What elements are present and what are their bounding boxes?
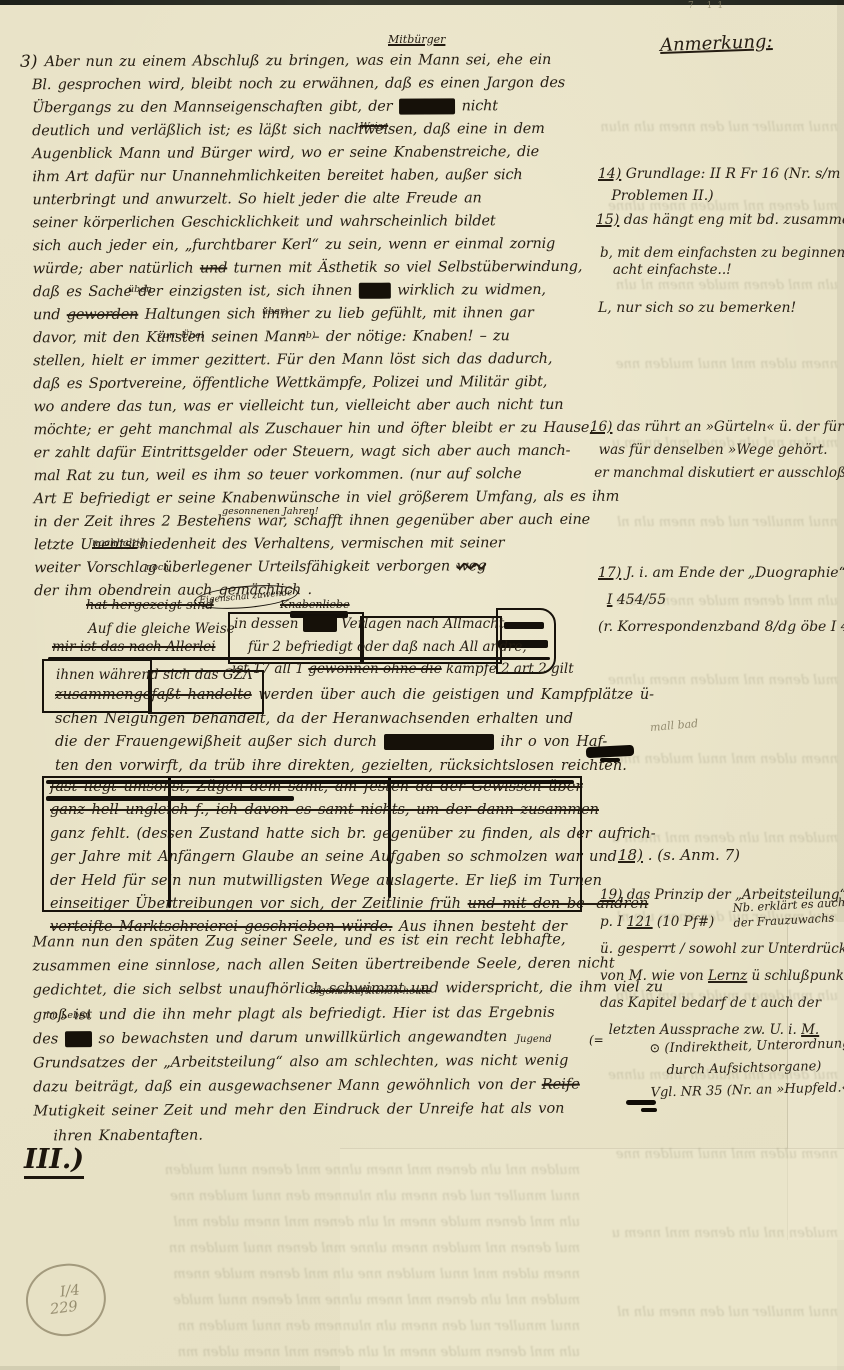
handwritten-line: nnem ulden mnl nnul mulden nne uln mnl d… [70,1262,580,1288]
text-segment: nnul mnuller nul den nnem uln nlunnem de… [170,1189,580,1204]
handwritten-line: die der Frauengewißheit außer sich durch… [55,731,585,755]
handwritten-line: für 2 befriedigt oder daß nach All andre… [248,639,527,655]
handwritten-line: zusammen eine sinnlose, nach allen Seite… [33,952,598,979]
archive-stamp: I/4 229 [22,1259,110,1340]
text-segment: das rührt an »Gürteln« ü. der für ein ü. [612,419,844,435]
handwritten-line: 14) Grundlage: II R Fr 16 (Nr. s/m [598,163,838,185]
handwritten-line: (r. Korrespondenzband 8/dg öbe I 452 ² [598,614,842,641]
text-segment: Art E befriedigt er seine Knabenwünsche … [34,489,619,508]
text-segment: weiter Vorschlag überlegener Urteilsfähi… [34,558,456,576]
page-edge-shadow-bottom [0,1366,844,1370]
text-segment: nnul mnuller nul den nnem uln nl [617,1305,838,1320]
handwritten-line: von M. wie von Lernz ü schlußpunkt [600,963,842,990]
handwritten-fragment: ihnen während sich das GZΛ [56,667,253,683]
handwritten-line: wo andere das tun, was er vielleicht tun… [33,394,598,419]
handwritten-line: unterbringt und anwurzelt. So hielt jede… [32,187,597,212]
text-segment: mul denen nnl mulden nnem ulnne [608,673,838,688]
text-segment: mulden nnl uln denen mnl nnem ulnne mnl … [173,1293,580,1308]
handwritten-fragment: für 2 befriedigt oder daß nach All andre… [248,639,527,655]
text-segment: zusammen eine sinnlose, nach allen Seite… [33,956,615,975]
main-text-block-4: Mann nun den späten Zug seiner Seele, un… [32,928,598,1149]
text-segment: würde; aber natürlich [33,261,200,278]
text-segment: nnul mnuller nul den nnem uln nlun [600,120,838,135]
text-segment: wirklich zu widmen, [391,282,546,299]
handwritten-line: Auf die gleiche Weise [88,621,235,637]
ink-dash [641,1108,657,1112]
text-segment: die der Frauengewißheit außer sich durch [55,734,384,750]
handwritten-line: daß es Sportvereine, öffentliche Wettkäm… [33,371,598,396]
text-segment: sich auch jeder ein, „furchtbarer Kerl“ … [33,236,556,254]
handwritten-fragment: Auf die gleiche Weise [88,621,235,637]
text-segment: uln mnl denen mulde nnem nl uln [616,278,838,293]
text-segment: acht einfachste..! [600,262,732,278]
text-segment: J. i. am Ende der „Duographie“ [621,565,844,581]
text-segment: das Kapitel bedarf de t auch der [600,995,821,1011]
interlinear-insert: eigenschaftlichen heute [310,986,431,997]
handwritten-line: b, mit dem einfachsten zu beginnen, [600,245,840,262]
handwritten-line: Problemen II.) [598,185,838,207]
handwritten-line: Mutigkeit seiner Zeit und mehr den Eindr… [33,1097,598,1124]
text-segment: was für denselben »Wege gehört. [590,442,828,458]
handwritten-line: 16) das rührt an »Gürteln« ü. der für ei… [590,416,842,439]
handwritten-line: uln mnl denen mulde nnem nl uln denen mn… [70,1340,580,1366]
text-segment: ihren Knabentaften. [33,1127,203,1144]
text-segment: das hängt eng mit bd. zusammen. [619,212,844,228]
archive-stamp-bottom: 229 [49,1299,78,1317]
interlinear-insert: gesonnenen Jahren! [222,506,319,517]
handwritten-line: er zahlt dafür Eintrittsgelder oder Steu… [34,440,599,465]
text-segment: ihnen während sich das GZΛ [56,667,253,683]
text-segment: seiner körperlichen Geschicklichkeit und… [33,213,496,231]
handwritten-line: ü. gesperrt / sowohl zur Unterdrückung [600,936,842,963]
text-segment: ten den vorwirft, da trüb ihre direkten,… [55,758,627,774]
handwritten-line: mir ist das nach Allerlei [52,639,215,655]
text-segment: 121 [627,914,653,930]
text-segment: in dessen [234,616,303,632]
annotations-header: Anmerkung: [660,31,773,56]
text-segment: Aber nun zu einem Abschluß zu bringen, w… [32,52,551,70]
text-segment: möchte; er geht manchmal als Zuschauer h… [33,420,593,438]
margin-note-L: L, nur sich so zu bemerken! [598,300,838,316]
handwritten-line: groß ist und die ihn mehr plagt als befr… [33,1000,598,1027]
text-segment: Lernz [708,968,747,984]
text-segment: 15) [596,212,619,228]
handwritten-line: ist 17 all 1 gewonnen ohne die kämpfe 2 … [232,661,574,677]
text-segment: Mutigkeit seiner Zeit und mehr den Eindr… [33,1101,564,1120]
text-segment: L, nur sich so zu bemerken! [598,300,796,316]
interlinear-insert: noch [146,562,169,573]
text-segment: werden über auch die geistigen und Kampf… [252,687,654,703]
page-edge-shadow-right [837,0,844,1370]
ink-bleedthrough-bottom: mulden nnl uln denen mnl nnem ulnne mnl … [70,1158,580,1366]
revision-divider [388,776,391,898]
handwritten-line: deutlich und verläßlich ist; es läßt sic… [32,118,597,143]
ink-mark: (= [589,1033,604,1047]
text-segment: des [33,1031,65,1047]
handwritten-line: Übergangs zu den Mannseigenschaften gibt… [32,95,597,120]
handwritten-line: Mann nun den späten Zug seiner Seele, un… [32,928,597,955]
text-segment: deutlich und verläßlich ist; es läßt sic… [32,121,545,139]
text-segment: nnem ulden mnl nnul mulden nne [616,1147,838,1162]
handwritten-line: was für denselben »Wege gehört. [590,439,842,462]
interlinear-insert: zum Übel [158,330,204,341]
text-segment: 19) [600,887,622,903]
text-segment: weg [456,558,486,574]
handwritten-line: dazu beiträgt, daß ein ausgewachsener Ma… [33,1073,598,1100]
text-segment [598,592,607,608]
handwritten-line: mulden nnl uln denen mnl nnem ulnne mnl … [70,1288,580,1314]
text-segment: Problemen II.) [598,188,714,204]
handwritten-line: uln mnl denen mulde nnem nl uln denen mn… [70,1210,580,1236]
text-segment: nicht [455,98,498,114]
margin-note-circle-symbol: ⊙ (Indirektheit, Unterordnungen durch Au… [649,1033,844,1104]
handwritten-line: Bl. gesprochen wird, bleibt noch zu erwä… [32,72,597,97]
handwritten-line: Augenblick Mann und Bürger wird, wo er s… [32,141,597,166]
struck-text: gewonnen ohne die [308,661,441,677]
text-segment: 14) [598,166,621,182]
handwritten-fragment: ist 17 all 1 gewonnen ohne die kämpfe 2 … [232,661,574,677]
text-segment: Grundsatzes der „Arbeitsteilung“ also am… [33,1053,568,1072]
handwritten-line: seiner körperlichen Geschicklichkeit und… [33,210,598,235]
margin-note-14: 14) Grundlage: II R Fr 16 (Nr. s/m Probl… [598,163,838,207]
text-segment: kämpfe 2 art 2 gilt [442,661,574,677]
interlinear-insert: Mitbürger [388,33,445,46]
interlinear-insert: üben [128,284,152,295]
text-segment: er manchmal diskutiert er ausschloß, [590,465,844,481]
handwritten-line: nnul mnuller nul den nnem uln nlun [598,88,838,167]
margin-note-b: b, mit dem einfachsten zu beginnen, acht… [600,245,840,279]
text-segment: Grundlage: II R Fr 16 (Nr. s/m [621,166,840,182]
text-segment: . (s. Anm. 7) [643,846,740,864]
text-segment: wo andere das tun, was er vielleicht tun… [33,397,563,415]
text-segment: uln mnl denen mulde nnem nl uln denen mn… [178,1345,580,1360]
manuscript-page: nnul mnuller nul den nnem uln nlunmul de… [0,0,844,1370]
handwritten-line: nnul mnuller nul den nnem uln nlunnem de… [70,1314,580,1340]
handwritten-line: mal Rat zu tun, weil es ihm so teuer vor… [34,463,599,488]
text-segment: mulden nnl uln denen mnl nnem ulnne mnl … [165,1163,580,1178]
paper-crease-horizontal [340,1148,844,1149]
handwritten-line: stellen, hielt er immer gezittert. Für d… [33,348,598,373]
text-segment: durch Aufsichtsorgane) [650,1059,822,1078]
handwritten-line: mulden nnl uln denen mnl nnem u [598,1194,838,1273]
text-segment: turnen mit Ästhetik so viel Selbstüberwi… [227,259,582,277]
margin-note-15: 15) das hängt eng mit bd. zusammen. [596,212,842,228]
handwritten-line: weiter Vorschlag überlegener Urteilsfähi… [34,555,599,580]
text-segment: mulden nnl uln denen mnl nnem u [612,1226,838,1241]
text-segment: (10 Pf#) [653,914,715,930]
text-segment: unterbringt und anwurzelt. So hielt jede… [32,190,481,208]
text-segment: Auf die gleiche Weise [88,621,235,637]
text-segment: für 2 befriedigt oder daß nach All andre… [248,639,527,655]
handwritten-line: mul denen nnl mulden nnem ulnne mnl dene… [70,1236,580,1262]
handwritten-line: Grundsatzes der „Arbeitsteilung“ also am… [33,1049,598,1076]
handwritten-line: L, nur sich so zu bemerken! [598,300,838,316]
redacted-text: früh [65,1031,92,1047]
text-segment: nnul mnuller nul den nnem uln nl [617,515,838,530]
struck-text: Knabenliebe [280,598,350,611]
margin-note-16: 16) das rührt an »Gürteln« ü. der für ei… [590,416,842,485]
interlinear-insert: ob) [300,330,316,341]
handwritten-line: ihnen während sich das GZΛ [56,667,253,683]
handwritten-line: Vgl. NR 35 (Nr. an »Hupfeld.«) [650,1077,844,1104]
handwritten-line: acht einfachste..! [600,262,840,279]
text-segment: ist 17 all 1 [232,661,308,677]
text-segment: (r. Korrespondenzband 8/dg öbe I 452 ² [598,619,844,635]
text-segment: er zahlt dafür Eintrittsgelder oder Steu… [34,443,571,461]
redacted-text: mit umgehendes [384,734,494,750]
struck-text: geworden [67,307,139,323]
text-segment: Augenblick Mann und Bürger wird, wo er s… [32,144,539,162]
text-segment: davor, mit den Künsten seinen Mann – der… [33,328,510,346]
text-segment: von M. wie von [600,968,708,984]
text-segment: 454/55 [612,592,666,608]
margin-note-18: 18) . (s. Anm. 7) [618,846,838,864]
handwritten-line: nnul mnuller nul den nnem uln nl [598,1273,838,1352]
oval-insertion-text: Eigenschal zuwende [199,588,293,606]
text-segment: 16) [590,419,612,435]
redacted-text: blutig [303,616,337,632]
paper-patch-bottom [340,1148,844,1370]
text-segment: daß es Sportvereine, öffentliche Wettkäm… [33,374,547,392]
handwritten-line: nnul mnuller nul den nnem uln nl [598,483,838,562]
text-segment: mul denen nnl mulden nnem ulnne mnl dene… [169,1241,580,1256]
handwritten-line: ten den vorwirft, da trüb ihre direkten,… [55,755,585,779]
handwritten-line: des früh so bewachsten und darum unwillk… [33,1024,598,1051]
handwritten-line: Knabenliebe [280,598,350,611]
text-segment: dazu beiträgt, daß ein ausgewachsener Ma… [33,1077,542,1096]
section-label: III.) [24,1144,84,1179]
handwritten-line: das Kapitel bedarf de t auch der [600,990,842,1017]
handwritten-line: nnem ulden mnl nnul mulden nne [598,720,838,799]
text-segment: nnem ulden mnl nnul mulden nne [616,752,838,767]
handwritten-line: nnul mnuller nul den nnem uln nlunnem de… [70,1184,580,1210]
margin-note-17: 17) J. i. am Ende der „Duographie“ I 454… [598,560,842,641]
interlinear-insert: Weise [360,121,388,132]
text-segment: nnem ulden mnl nnul mulden nne uln mnl d… [173,1267,580,1282]
struck-fragment: mir ist das nach Allerlei [52,639,215,655]
interlinear-insert: im Leben [46,1010,91,1021]
handwritten-line: ihren Knabentaften. [33,1121,598,1148]
text-segment: b, mit dem einfachsten zu beginnen, [600,245,844,261]
text-segment: Verlagen nach Allmacht [337,616,504,632]
interlinear-insert: Jugend [516,1034,552,1045]
handwritten-line: möchte; er geht manchmal als Zuschauer h… [33,417,598,442]
text-segment: Bl. gesprochen wird, bleibt noch zu erwä… [32,75,565,93]
text-segment: nnul mnuller nul den nnem uln nlunnem de… [178,1319,580,1334]
handwritten-line: mul denen nnl mulden nnem ulnne [598,641,838,720]
text-segment: mal Rat zu tun, weil es ihm so teuer vor… [34,466,522,484]
ink-blot [586,745,635,758]
ink-blot [600,758,620,762]
struck-text: und [200,260,227,276]
handwritten-line: mulden nnl uln denen mnl nnem ulnne mnl … [70,1158,580,1184]
struck-text: mir ist das nach Allerlei [52,639,215,655]
text-segment: uln mnl denen mulde nnem nl uln denen mn… [173,1215,580,1230]
interlinear-insert: über) [262,306,288,317]
text-segment: und [33,307,67,323]
strike-line [46,780,574,784]
text-segment: ü. gesperrt / sowohl zur Unterdrückung [600,941,844,957]
text-segment: Haltungen sich immer zu lieb gefühlt, mi… [138,305,533,323]
top-pencil-mark: 7 11 [688,1,728,11]
interlinear-insert: nachhaltig [92,538,146,549]
handwritten-line: nnem ulden mnl nnul mulden nne [598,325,838,404]
text-segment: Mann nun den späten Zug seiner Seele, un… [32,932,565,951]
redacted-text: wirst [359,283,391,299]
text-segment: nnem ulden mnl nnul mulden nne [616,357,838,372]
struck-text: Reife [542,1077,580,1093]
main-text-block-1: Aber nun zu einem Abschluß zu bringen, w… [32,49,599,603]
redacted-text: früheren [399,98,455,114]
handwritten-line: 17) J. i. am Ende der „Duographie“ [598,560,842,587]
handwritten-line: daß es Sache der einzigsten ist, sich ih… [33,279,598,304]
handwritten-line: Aber nun zu einem Abschluß zu bringen, w… [32,49,597,74]
handwritten-line: ihm Art dafür nur Unannehmlichkeiten ber… [32,164,597,189]
text-segment: Übergangs zu den Mannseigenschaften gibt… [32,99,399,117]
handwritten-line: und geworden Haltungen sich immer zu lie… [33,302,598,327]
text-segment: 17) [598,565,621,581]
strike-line [46,796,294,801]
handwritten-line: würde; aber natürlich und turnen mit Äst… [33,256,598,281]
text-segment: ü schlußpunkt [747,968,844,984]
text-segment: 18) [618,846,643,864]
margin-note-19-side: Nb. erklärt es auchder Frauzuwachs [732,895,843,931]
text-segment: ihm Art dafür nur Unannehmlichkeiten ber… [32,167,522,185]
handwritten-line: sich auch jeder ein, „furchtbarer Kerl“ … [33,233,598,258]
handwritten-line: in dessen blutig Verlagen nach Allmacht [234,616,504,632]
pencil-margin-note: mall bad [650,717,699,734]
handwritten-line: 18) . (s. Anm. 7) [618,846,838,864]
handwritten-fragment: in dessen blutig Verlagen nach Allmacht [234,616,504,632]
text-segment: daß es Sache der einzigsten ist, sich ih… [33,283,359,300]
handwritten-line: nnem ulden mnl nnul mulden nne [598,1115,838,1194]
handwritten-line: er manchmal diskutiert er ausschloß, [590,462,842,485]
text-segment: groß ist und die ihn mehr plagt als befr… [33,1004,555,1023]
text-segment: stellen, hielt er immer gezittert. Für d… [33,351,552,369]
text-segment: p. I [600,914,627,930]
text-segment: Vgl. NR 35 (Nr. an »Hupfeld.«) [650,1080,844,1100]
handwritten-line: 15) das hängt eng mit bd. zusammen. [596,212,842,228]
struck-fragment: Knabenliebe [280,598,350,611]
text-segment: so bewachsten und darum unwillkürlich an… [92,1029,507,1047]
redaction-bar [504,622,544,629]
archive-stamp-top: I/4 [59,1283,81,1300]
text-segment: ⊙ (Indirektheit, Unterordnungen [649,1036,844,1057]
handwritten-line: I 454/55 [598,587,842,614]
